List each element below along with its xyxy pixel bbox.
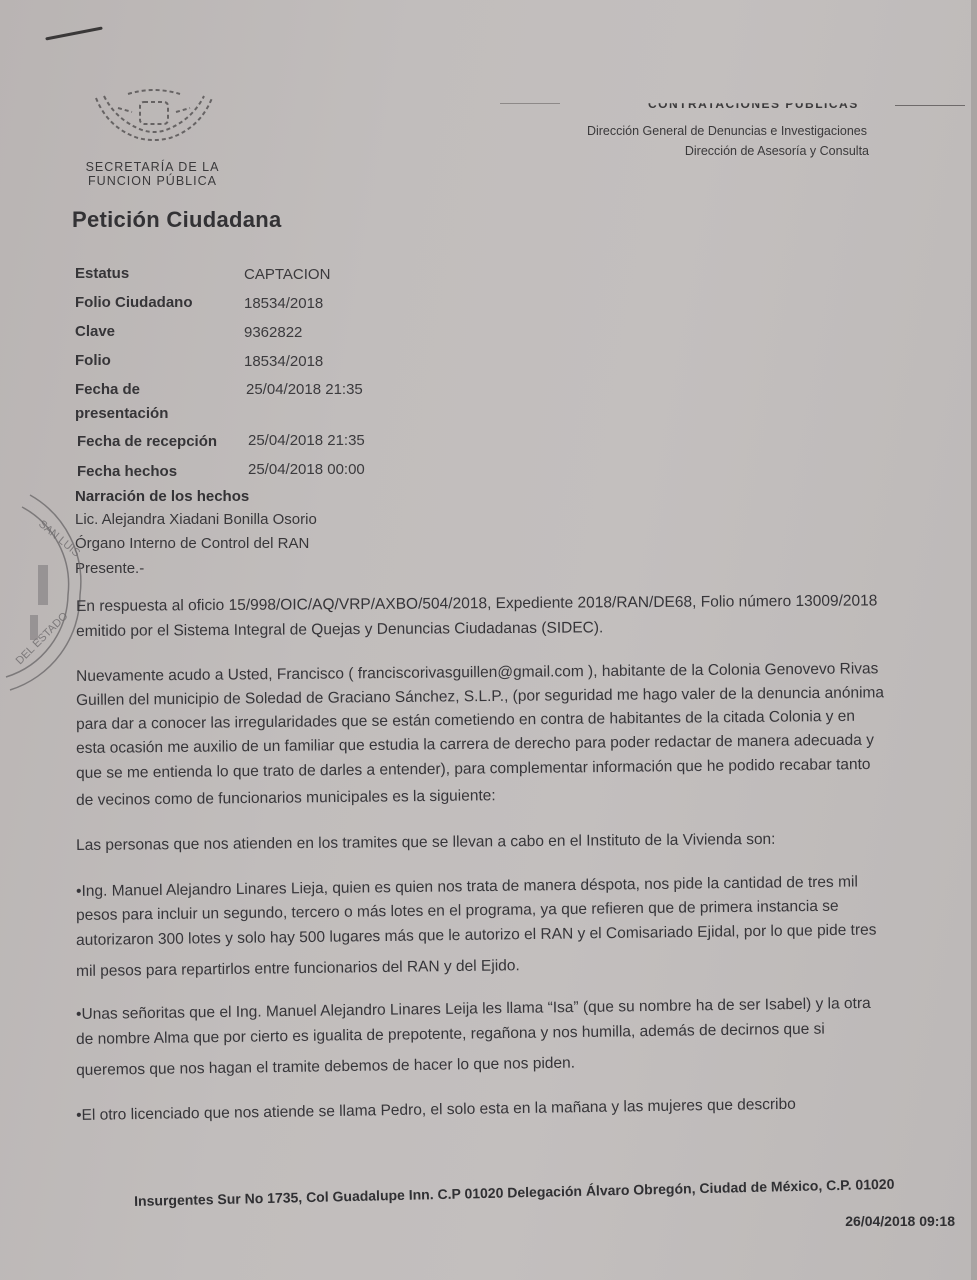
svg-text:DEL ESTADO: DEL ESTADO <box>14 610 71 667</box>
bullet-line: de nombre Alma que por cierto es igualit… <box>76 1021 825 1049</box>
coat-of-arms-icon <box>88 88 220 144</box>
pen-mark <box>45 26 103 40</box>
paragraph-line: para dar a conocer las irregularidades q… <box>76 708 855 734</box>
paragraph-line: Guillen del municipio de Soledad de Grac… <box>76 684 884 710</box>
dependency-1: Dirección General de Denuncias e Investi… <box>587 124 867 138</box>
secretaria-line-1: SECRETARÍA DE LA <box>80 160 225 174</box>
paragraph-line: Nuevamente acudo a Usted, Francisco ( fr… <box>76 660 878 686</box>
paragraph-line: Las personas que nos atienden en los tra… <box>76 831 776 855</box>
field-label-fecha-presentacion-2: presentación <box>75 402 168 425</box>
field-value-clave: 9362822 <box>244 324 302 341</box>
paragraph-line: En respuesta al oficio 15/998/OIC/AQ/VRP… <box>76 592 877 616</box>
paragraph-line: esta ocasión me auxilio de un familiar q… <box>76 732 874 758</box>
field-label-fecha-hechos: Fecha hechos <box>77 460 177 483</box>
addressee-line: Lic. Alejandra Xiadani Bonilla Osorio <box>75 511 317 528</box>
paper-edge <box>971 0 977 1280</box>
field-value-fecha-recepcion: 25/04/2018 21:35 <box>248 432 365 449</box>
field-value-estatus: CAPTACION <box>244 266 330 283</box>
field-label-folio-ciudadano: Folio Ciudadano <box>75 291 193 314</box>
bullet-line: •Unas señoritas que el Ing. Manuel Aleja… <box>76 995 871 1024</box>
secretaria-logo-text: SECRETARÍA DE LA FUNCION PÚBLICA <box>80 160 225 188</box>
bullet-line: •Ing. Manuel Alejandro Linares Lieja, qu… <box>76 873 858 901</box>
field-value-folio: 18534/2018 <box>244 353 323 370</box>
field-value-fecha-presentacion: 25/04/2018 21:35 <box>246 381 363 398</box>
field-label-fecha-recepcion: Fecha de recepción <box>77 430 217 453</box>
cut-header: CONTRATACIONES PUBLICAS <box>648 97 859 111</box>
dependency-2: Dirección de Asesoría y Consulta <box>685 144 869 158</box>
bullet-line: queremos que nos hagan el tramite debemo… <box>76 1055 575 1080</box>
page-title: Petición Ciudadana <box>72 207 282 233</box>
paragraph-line: que se me entienda lo que trato de darle… <box>76 756 871 783</box>
field-value-folio-ciudadano: 18534/2018 <box>244 295 323 312</box>
bullet-line: autorizaron 300 lotes y solo hay 500 lug… <box>76 922 877 950</box>
field-label-clave: Clave <box>75 320 115 343</box>
bullet-line: mil pesos para repartirlos entre funcion… <box>76 957 520 981</box>
field-value-fecha-hechos: 25/04/2018 00:00 <box>248 461 365 478</box>
bullet-line: pesos para incluir un segundo, tercero o… <box>76 898 839 925</box>
paragraph-line: de vecinos como de funcionarios municipa… <box>76 787 496 810</box>
field-label-estatus: Estatus <box>75 262 129 285</box>
footer-timestamp: 26/04/2018 09:18 <box>845 1213 955 1229</box>
paragraph-line: emitido por el Sistema Integral de Queja… <box>76 619 603 641</box>
secretaria-line-2: FUNCION PÚBLICA <box>80 174 225 188</box>
divider <box>500 103 560 104</box>
field-label-folio: Folio <box>75 349 111 372</box>
addressee-line: Órgano Interno de Control del RAN <box>75 535 309 552</box>
bullet-line: •El otro licenciado que nos atiende se l… <box>76 1096 796 1125</box>
field-label-fecha-presentacion: Fecha de <box>75 378 140 401</box>
divider <box>895 105 965 106</box>
official-stamp-icon: SAN LUIS DEL ESTADO <box>0 485 110 695</box>
footer-address: Insurgentes Sur No 1735, Col Guadalupe I… <box>134 1176 895 1209</box>
svg-text:SAN LUIS: SAN LUIS <box>36 518 82 559</box>
